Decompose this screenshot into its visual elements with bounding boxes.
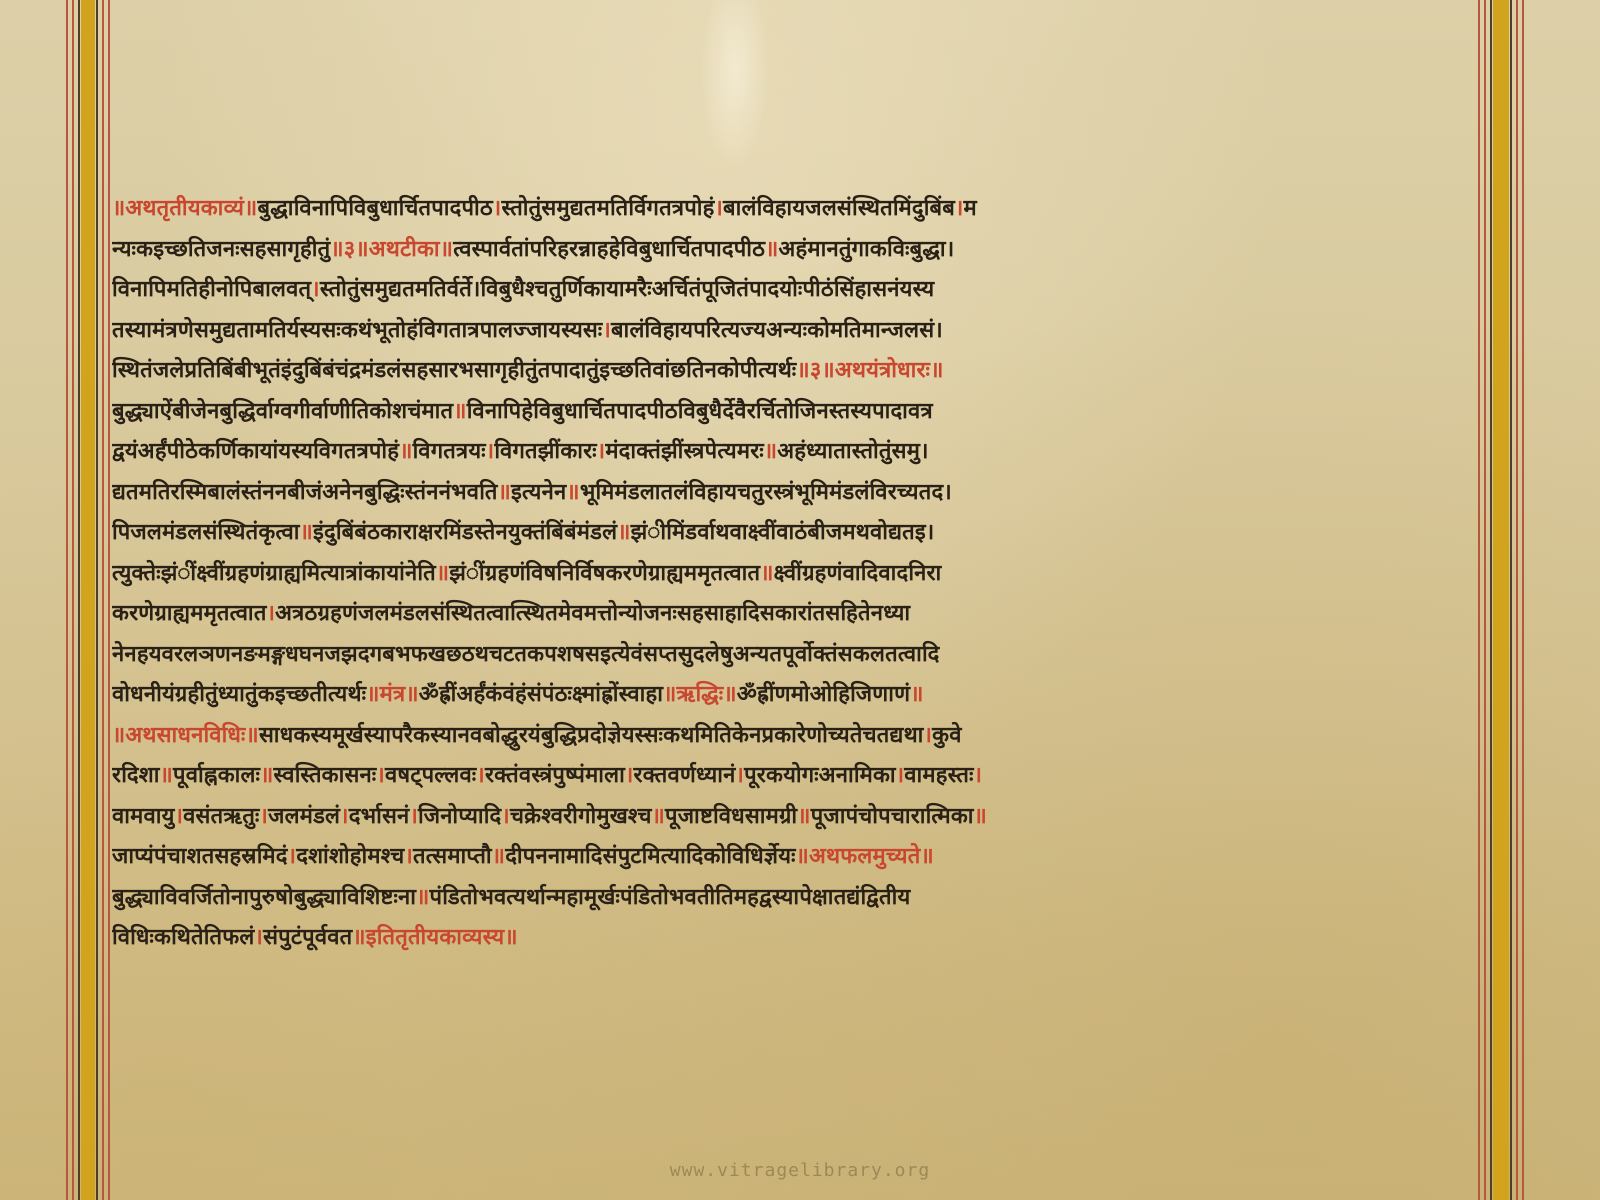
body-text: तत्समाप्तौ: [413, 843, 492, 869]
dark-rule: [78, 0, 80, 1200]
body-text: स्तोतुंसमुद्यतमतिर्विगतत्रपोहं: [501, 195, 714, 221]
rubric-text: ॥: [652, 803, 665, 829]
body-text: अहंध्यातास्तोतुंसमु।: [777, 438, 928, 464]
rubric-text: ॥ऋद्धिः॥: [663, 681, 737, 707]
rubric-text: ।: [311, 276, 320, 302]
red-rule: [1484, 0, 1486, 1200]
rubric-text: ॥: [260, 762, 273, 788]
rubric-text: अथयंत्रोधारः॥: [835, 357, 944, 383]
body-text: पंडितोभवत्यर्थान्महामूर्खःपंडितोभवतीतिमह…: [430, 884, 911, 910]
left-decorative-border: [60, 0, 120, 1200]
body-text: बालंविहायजलसंस्थितमिंदुबिंब: [723, 195, 955, 221]
body-text: त्वस्पार्वतांपरिहरन्नाहहेविबुधार्चितपादप…: [453, 236, 765, 262]
manuscript-line: स्थितंजलेप्रतिबिंबीभूतंइंदुबिंबंचंद्रमंड…: [112, 350, 1482, 391]
body-text: जलमंडलं: [268, 803, 340, 829]
rubric-text: ॥: [617, 519, 630, 545]
body-text: चक्रेश्वरीगोमुखश्च: [510, 803, 652, 829]
body-text: स्वस्तिकासनः: [274, 762, 377, 788]
body-text: बुद्धाविनापिविबुधार्चितपादपीठ: [257, 195, 492, 221]
rubric-text: ॥: [797, 803, 810, 829]
body-text: जाप्यंपंचाशतसहस्रमिदं: [112, 843, 288, 869]
rubric-text: ॥३॥: [330, 236, 368, 262]
rubric-text: ॥मंत्र॥: [366, 681, 418, 707]
body-text: साधकस्यमूर्खस्यापरैकस्यानवबोद्धुरयंबुद्ध…: [259, 722, 924, 748]
rubric-text: ।: [255, 924, 264, 950]
manuscript-line: करणेग्राह्यममृतत्वात।अत्रठग्रहणंजलमंडलसं…: [112, 593, 1482, 634]
body-text: रदिशा: [112, 762, 160, 788]
body-text: स्थितंजलेप्रतिबिंबीभूतंइंदुबिंबंचंद्रमंड…: [112, 357, 796, 383]
body-text: नेनहयवरलञणनङमङ्गधघनजझदगबभफखछठथचटतकपशषसइत…: [112, 641, 940, 667]
rubric-text: ॥अथसाधनविधिः॥: [112, 722, 259, 748]
body-text: बालंविहायपरित्यज्यअन्यःकोमतिमान्जलसं।: [611, 317, 943, 343]
body-text: दशांशोहोमश्च: [296, 843, 404, 869]
rubric-text: ॥: [300, 519, 313, 545]
manuscript-line: जाप्यंपंचाशतसहस्रमिदं।दशांशोहोमश्च।तत्सम…: [112, 836, 1482, 877]
body-text: वोधनीयंग्रहीतुंध्यातुंकइच्छतीत्यर्थः: [112, 681, 366, 707]
body-text: बुद्ध्याविवर्जितोनापुरुषोबुद्ध्याविशिष्ट…: [112, 884, 416, 910]
rubric-text: ।: [896, 762, 905, 788]
body-text: विनापिहेविबुधार्चितपादपीठविबुधैर्देवैरर्…: [467, 398, 933, 424]
manuscript-line: त्युक्तेःझंींक्ष्वींग्रहणंग्राह्यमित्यात…: [112, 553, 1482, 594]
body-text: भूमिमंडलातलंविहायचतुरस्त्रंभूमिमंडलंविरच…: [580, 479, 952, 505]
rubric-text: ॥: [436, 560, 449, 586]
body-text: झंीमिंडर्वाथवाक्ष्वींवाठंबीजमथवोद्यतइ।: [631, 519, 935, 545]
body-text: पिजलमंडलसंस्थितंकृत्वा: [112, 519, 300, 545]
rubric-text: ॥: [453, 398, 466, 424]
gold-band: [1493, 0, 1509, 1200]
manuscript-line: तस्यामंत्रणेसमुद्यतामतिर्यस्यसःकथंभूतोहं…: [112, 310, 1482, 351]
body-text: ॐह्रींणमोओहिजिणाणं: [737, 681, 910, 707]
rubric-text: ।: [715, 195, 724, 221]
watermark: www.vitragelibrary.org: [0, 1160, 1600, 1181]
manuscript-text-block: ॥अथतृतीयकाव्यं॥बुद्धाविनापिविबुधार्चितपा…: [112, 188, 1482, 958]
rubric-text: ॥३॥: [796, 357, 834, 383]
rubric-text: ।: [340, 803, 349, 829]
dark-rule: [1510, 0, 1512, 1200]
body-text: स्तोतुंसमुद्यतमतिर्वर्ते।विबुधैश्चतुर्णि…: [320, 276, 935, 302]
manuscript-line: न्यःकइच्छतिजनःसहसागृहीतुं॥३॥अथटीका॥त्वस्…: [112, 229, 1482, 270]
rubric-text: ।: [602, 317, 611, 343]
body-text: अहंमानतुंगाकविःबुद्धा।: [779, 236, 955, 262]
red-rule: [102, 0, 104, 1200]
rubric-text: ।: [955, 195, 964, 221]
body-text: वसंतऋतुः: [183, 803, 259, 829]
manuscript-line: विधिःकथितेतिफलं।संपुटंपूर्ववत॥इतितृतीयका…: [112, 917, 1482, 958]
body-text: संपुटंपूर्ववत: [263, 924, 352, 950]
paper-crease: [700, 0, 770, 170]
rubric-text: ।: [175, 803, 184, 829]
rubric-text: ॥: [399, 438, 412, 464]
rubric-text: ।: [288, 843, 297, 869]
body-text: पूर्वाह्नकालः: [173, 762, 260, 788]
manuscript-line: रदिशा॥पूर्वाह्नकालः॥स्वस्तिकासनः।वषट्पल्…: [112, 755, 1482, 796]
red-rule: [108, 0, 110, 1200]
rubric-text: ।: [409, 803, 418, 829]
body-text: द्वयंअर्हंपीठेकर्णिकायांयस्यविगतत्रपोहं: [112, 438, 399, 464]
rubric-text: अथटीका॥: [369, 236, 453, 262]
body-text: कुवे: [932, 722, 962, 748]
rubric-text: ॥: [160, 762, 173, 788]
manuscript-line: ॥अथसाधनविधिः॥साधकस्यमूर्खस्यापरैकस्यानवब…: [112, 715, 1482, 756]
body-text: द्यतमतिरस्मिबालंस्तंननबीजंअनेनबुद्धिःस्त…: [112, 479, 498, 505]
body-text: वामवायु: [112, 803, 175, 829]
body-text: दीपननामादिसंपुटमित्यादिकोविधिर्ज्ञेयः: [505, 843, 795, 869]
rubric-text: ।: [267, 600, 276, 626]
body-text: करणेग्राह्यममृतत्वात: [112, 600, 267, 626]
manuscript-line: पिजलमंडलसंस्थितंकृत्वा॥इंदुबिंबंठकाराक्ष…: [112, 512, 1482, 553]
body-text: दर्भासनं: [349, 803, 410, 829]
manuscript-line: द्यतमतिरस्मिबालंस्तंननबीजंअनेनबुद्धिःस्त…: [112, 472, 1482, 513]
rubric-text: ॥: [498, 479, 511, 505]
body-text: वामहस्तः: [904, 762, 973, 788]
body-text: अत्रठग्रहणंजलमंडलसंस्थितत्वात्स्थितमेवमत…: [275, 600, 910, 626]
rubric-text: ।: [260, 803, 269, 829]
body-text: तस्यामंत्रणेसमुद्यतामतिर्यस्यसःकथंभूतोहं…: [112, 317, 602, 343]
rubric-text: ॥: [760, 560, 773, 586]
manuscript-line: द्वयंअर्हंपीठेकर्णिकायांयस्यविगतत्रपोहं॥…: [112, 431, 1482, 472]
rubric-text: ।: [476, 762, 485, 788]
body-text: झंींग्रहणंविषनिर्विषकरणेग्राह्यममृतत्वात: [449, 560, 760, 586]
rubric-text: ।: [924, 722, 933, 748]
rubric-text: ॥: [566, 479, 579, 505]
body-text: इंदुबिंबंठकाराक्षरमिंडस्तेनयुक्तंबिंबंमं…: [313, 519, 617, 545]
rubric-text: ॥इतितृतीयकाव्यस्य॥: [352, 924, 517, 950]
body-text: विगतत्रयः: [413, 438, 486, 464]
body-text: विधिःकथितेतिफलं: [112, 924, 255, 950]
manuscript-line: ॥अथतृतीयकाव्यं॥बुद्धाविनापिविबुधार्चितपा…: [112, 188, 1482, 229]
manuscript-line: वामवायु।वसंतऋतुः।जलमंडलं।दर्भासनं।जिनोप्…: [112, 796, 1482, 837]
rubric-text: ॥: [764, 438, 777, 464]
body-text: रक्तंवस्त्रंपुष्पंमाला: [485, 762, 625, 788]
manuscript-line: नेनहयवरलञणनङमङ्गधघनजझदगबभफखछठथचटतकपशषसइत…: [112, 634, 1482, 675]
manuscript-folio: ॥अथतृतीयकाव्यं॥बुद्धाविनापिविबुधार्चितपा…: [0, 0, 1600, 1200]
rubric-text: ।: [736, 762, 745, 788]
rubric-text: ॥: [974, 803, 987, 829]
body-text: इत्यनेन: [511, 479, 566, 505]
rubric-text: ॥अथतृतीयकाव्यं॥: [112, 195, 257, 221]
body-text: बुद्ध्याऐंबीजेनबुद्धिर्वाग्वगीर्वाणीतिको…: [112, 398, 453, 424]
red-rule: [66, 0, 68, 1200]
body-text: जिनोप्यादि: [418, 803, 501, 829]
manuscript-line: बुद्ध्याविवर्जितोनापुरुषोबुद्ध्याविशिष्ट…: [112, 877, 1482, 918]
rubric-text: ।: [625, 762, 634, 788]
rubric-text: ॥: [416, 884, 429, 910]
body-text: ॐह्रींअर्हंकंवंहंसंपंठःक्ष्मांह्रोंस्वाह…: [419, 681, 663, 707]
dark-rule: [1490, 0, 1492, 1200]
body-text: पूजापंचोपचारात्मिका: [811, 803, 974, 829]
manuscript-line: विनापिमतिहीनोपिबालवत्।स्तोतुंसमुद्यतमतिर…: [112, 269, 1482, 310]
body-text: विनापिमतिहीनोपिबालवत्: [112, 276, 311, 302]
gold-band: [81, 0, 95, 1200]
rubric-text: ।: [376, 762, 385, 788]
body-text: पूरकयोगःअनामिका: [744, 762, 896, 788]
body-text: न्यःकइच्छतिजनःसहसागृहीतुं: [112, 236, 330, 262]
body-text: पूजाष्टविधसामग्री: [665, 803, 797, 829]
red-rule: [1522, 0, 1524, 1200]
body-text: रक्तवर्णध्यानं: [634, 762, 736, 788]
body-text: त्युक्तेःझंींक्ष्वींग्रहणंग्राह्यमित्यात…: [112, 560, 436, 586]
rubric-text: ॥: [492, 843, 505, 869]
rubric-text: ॥: [910, 681, 923, 707]
rubric-text: ।: [404, 843, 413, 869]
body-text: विगतझींकारः: [494, 438, 596, 464]
rubric-text: ।: [974, 762, 983, 788]
body-text: क्ष्वींग्रहणंवादिवादनिरा: [774, 560, 942, 586]
body-text: वषट्पल्लवः: [385, 762, 476, 788]
red-rule: [72, 0, 74, 1200]
rubric-text: ।: [501, 803, 510, 829]
red-rule: [1516, 0, 1518, 1200]
rubric-text: ॥अथफलमुच्यते॥: [796, 843, 934, 869]
rubric-text: ॥: [765, 236, 778, 262]
manuscript-line: वोधनीयंग्रहीतुंध्यातुंकइच्छतीत्यर्थः॥मंत…: [112, 674, 1482, 715]
body-text: मंदाक्तंझींस्त्रपेत्यमरः: [605, 438, 764, 464]
dark-rule: [96, 0, 98, 1200]
manuscript-line: बुद्ध्याऐंबीजेनबुद्धिर्वाग्वगीर्वाणीतिको…: [112, 391, 1482, 432]
body-text: म: [964, 195, 977, 221]
